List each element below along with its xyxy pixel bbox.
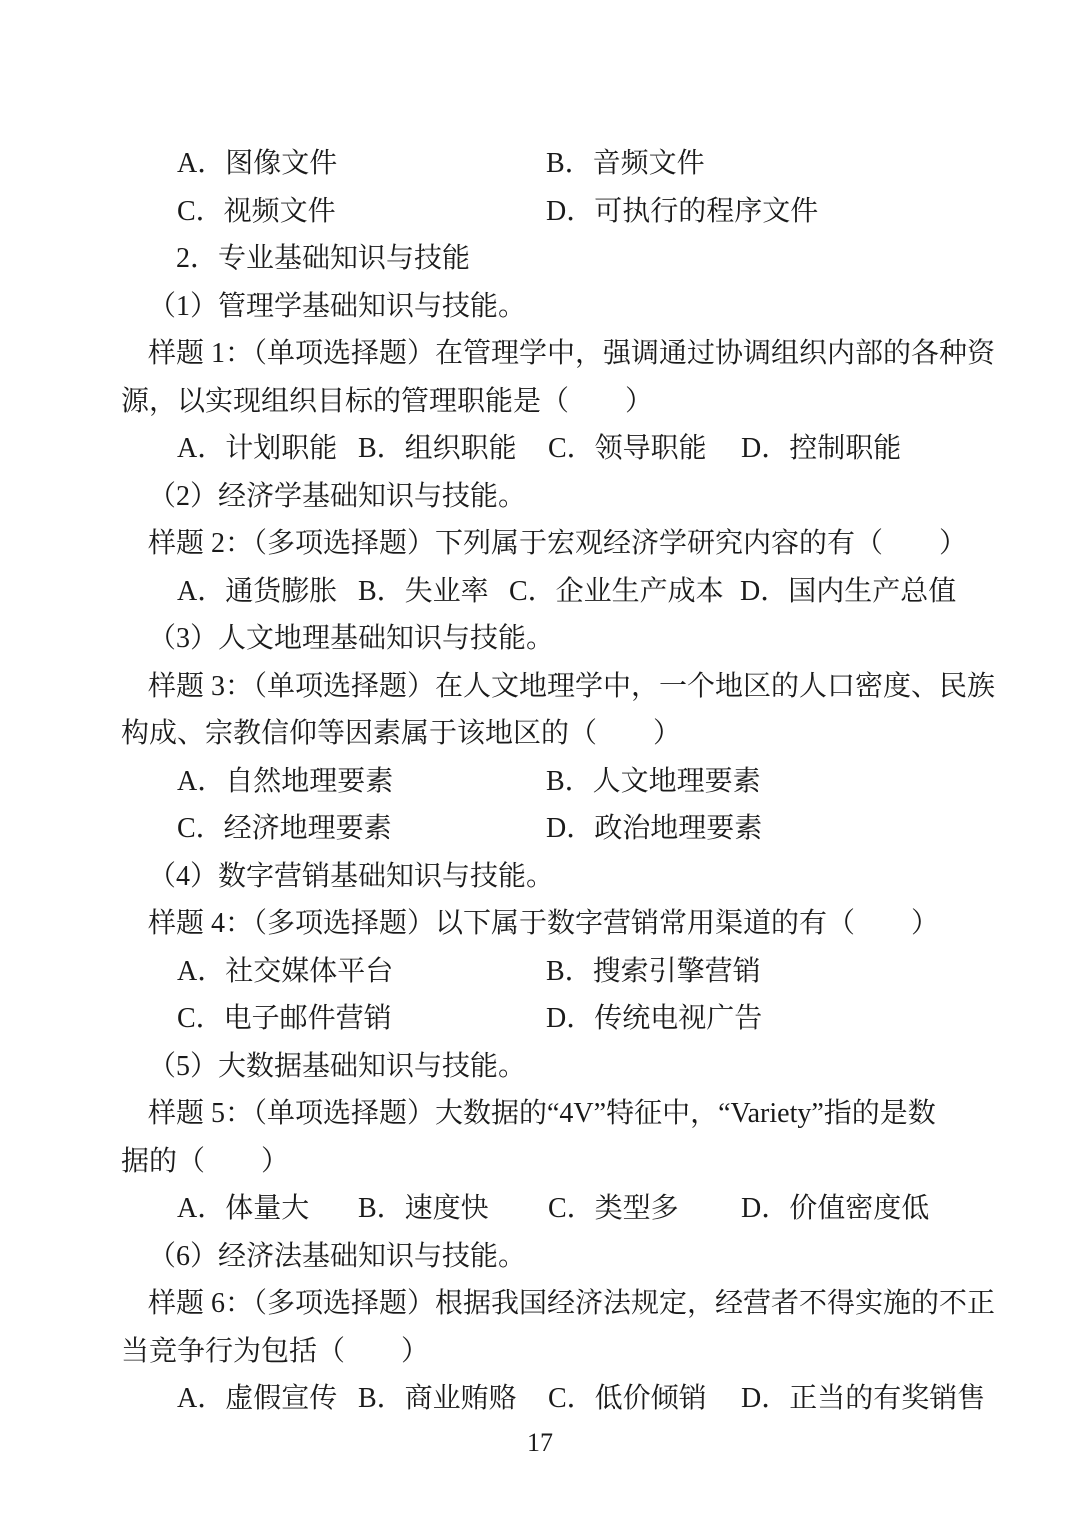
options-row: A．体量大 B．速度快 C．类型多 D．价值密度低 [121, 1185, 981, 1233]
question-text: 样题 3：（单项选择题）在人文地理学中，一个地区的人口密度、民族 [121, 663, 981, 711]
options-row: A．通货膨胀 B．失业率 C．企业生产成本 D．国内生产总值 [121, 568, 981, 616]
subsection-heading: （4）数字营销基础知识与技能。 [121, 853, 981, 901]
option-d: D．控制职能 [741, 425, 901, 473]
options-row: A．社交媒体平台 B．搜索引擎营销 [121, 948, 981, 996]
question-text: 样题 1：（单项选择题）在管理学中，强调通过协调组织内部的各种资 [121, 330, 981, 378]
option-b: B．人文地理要素 [546, 758, 761, 806]
option-a: A．图像文件 [177, 140, 337, 188]
section-heading: 2．专业基础知识与技能 [121, 235, 981, 283]
option-a: A．通货膨胀 [177, 568, 337, 616]
options-row: A．虚假宣传 B．商业贿赂 C．低价倾销 D．正当的有奖销售 [121, 1375, 981, 1423]
subsection-heading: （5）大数据基础知识与技能。 [121, 1043, 981, 1091]
options-row: A．图像文件 B．音频文件 [121, 140, 981, 188]
page-number: 17 [0, 1428, 1080, 1458]
question-text: 样题 2：（多项选择题）下列属于宏观经济学研究内容的有（ ） [121, 520, 981, 568]
options-row: C．电子邮件营销 D．传统电视广告 [121, 995, 981, 1043]
option-b: B．搜索引擎营销 [546, 948, 761, 996]
question-text: 样题 6：（多项选择题）根据我国经济法规定，经营者不得实施的不正 [121, 1280, 981, 1328]
option-d: D．传统电视广告 [546, 995, 762, 1043]
options-row: C．经济地理要素 D．政治地理要素 [121, 805, 981, 853]
question-continuation: 源，以实现组织目标的管理职能是（ ） [121, 378, 981, 426]
document-body: A．图像文件 B．音频文件 C．视频文件 D．可执行的程序文件 2．专业基础知识… [121, 140, 981, 1423]
option-b: B．失业率 [358, 568, 489, 616]
option-d: D．正当的有奖销售 [741, 1375, 985, 1423]
option-a: A．虚假宣传 [177, 1375, 337, 1423]
options-row: C．视频文件 D．可执行的程序文件 [121, 188, 981, 236]
option-c: C．领导职能 [548, 425, 707, 473]
question-text: 样题 5：（单项选择题）大数据的“4V”特征中，“Variety”指的是数 [121, 1090, 981, 1138]
option-d: D．国内生产总值 [740, 568, 956, 616]
option-a: A．自然地理要素 [177, 758, 393, 806]
options-row: A．自然地理要素 B．人文地理要素 [121, 758, 981, 806]
option-c: C．经济地理要素 [177, 805, 392, 853]
subsection-heading: （6）经济法基础知识与技能。 [121, 1233, 981, 1281]
option-b: B．音频文件 [546, 140, 705, 188]
option-a: A．体量大 [177, 1185, 309, 1233]
subsection-heading: （3）人文地理基础知识与技能。 [121, 615, 981, 663]
option-c: C．电子邮件营销 [177, 995, 392, 1043]
question-continuation: 据的（ ） [121, 1138, 981, 1186]
option-b: B．组织职能 [358, 425, 517, 473]
subsection-heading: （2）经济学基础知识与技能。 [121, 473, 981, 521]
option-d: D．政治地理要素 [546, 805, 762, 853]
options-row: A．计划职能 B．组织职能 C．领导职能 D．控制职能 [121, 425, 981, 473]
option-c: C．低价倾销 [548, 1375, 707, 1423]
option-d: D．可执行的程序文件 [546, 188, 818, 236]
document-page: A．图像文件 B．音频文件 C．视频文件 D．可执行的程序文件 2．专业基础知识… [0, 0, 1080, 1527]
subsection-heading: （1）管理学基础知识与技能。 [121, 283, 981, 331]
option-c: C．企业生产成本 [509, 568, 724, 616]
option-c: C．视频文件 [177, 188, 336, 236]
question-continuation: 当竞争行为包括（ ） [121, 1328, 981, 1376]
option-b: B．速度快 [358, 1185, 489, 1233]
option-d: D．价值密度低 [741, 1185, 929, 1233]
option-b: B．商业贿赂 [358, 1375, 517, 1423]
option-a: A．计划职能 [177, 425, 337, 473]
option-a: A．社交媒体平台 [177, 948, 393, 996]
question-continuation: 构成、宗教信仰等因素属于该地区的（ ） [121, 710, 981, 758]
option-c: C．类型多 [548, 1185, 679, 1233]
question-text: 样题 4：（多项选择题）以下属于数字营销常用渠道的有（ ） [121, 900, 981, 948]
